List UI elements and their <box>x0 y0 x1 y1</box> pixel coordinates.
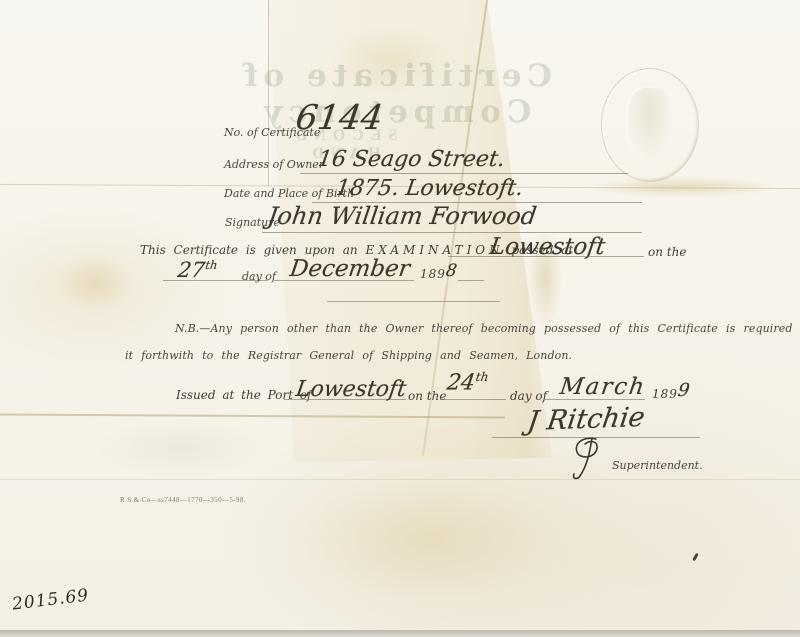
owner-signature-value: John William Forwood <box>266 202 538 230</box>
birth-value: 1875. Lowestoft. <box>334 176 525 201</box>
address-rule-line <box>300 173 628 174</box>
certificate-number-value: 6144 <box>293 98 385 138</box>
issued-month: March <box>558 374 648 400</box>
horizontal-crease-middle <box>0 413 505 418</box>
exam-day-of: day of <box>242 270 276 283</box>
issued-year-digit: 9 <box>677 380 691 401</box>
examination-text-before: This Certificate is given upon an <box>140 243 358 257</box>
seal-crown-emblem <box>626 87 672 159</box>
paper-stain <box>55 255 135 310</box>
issued-day-of: day of <box>510 389 547 403</box>
signature-rule-line <box>262 232 642 233</box>
document-paper: Certificate of Competency SECOND HAND No… <box>0 0 800 630</box>
exam-month: December <box>288 256 411 282</box>
address-value: 16 Seago Street. <box>316 147 506 172</box>
embossed-seal <box>601 68 699 182</box>
examination-word: EXAMINATION <box>365 243 503 257</box>
photograph-background: Certificate of Competency SECOND HAND No… <box>0 0 800 637</box>
issued-day: 24th <box>445 370 489 395</box>
superintendent-title: Superintendent. <box>612 459 703 472</box>
paper-stain <box>96 418 266 478</box>
separator-rule <box>327 301 500 302</box>
ink-speck <box>692 553 699 561</box>
exam-day: 27th <box>176 258 218 282</box>
examination-on-the: on the <box>648 245 686 259</box>
horizontal-crease-bottom <box>0 479 800 480</box>
paper-stain <box>300 480 560 600</box>
paper-stain <box>585 176 780 198</box>
exam-year-digit: 8 <box>445 261 459 281</box>
printer-imprint: R S & Co—ss7448—1770—350—5-98. <box>120 496 246 504</box>
address-label: Address of Owner <box>224 158 324 171</box>
superintendent-monogram-flourish <box>566 436 616 482</box>
paper-stain <box>330 25 450 95</box>
issued-day-rule <box>440 399 506 400</box>
issued-year-printed: 189 <box>652 387 678 401</box>
exam-year-rule <box>458 280 484 281</box>
issued-port: Lowestoft <box>294 377 408 402</box>
note-line-2: it forthwith to the Registrar General of… <box>125 349 572 362</box>
examination-place-rule <box>448 256 644 257</box>
exam-year-printed: 189 <box>420 267 446 281</box>
paper-bottom-edge <box>0 630 800 637</box>
archive-number: 2015.69 <box>11 585 90 614</box>
superintendent-signature: J Ritchie <box>525 402 646 437</box>
note-line-1: N.B.—Any person other than the Owner the… <box>175 322 800 335</box>
issued-on-the: on the <box>408 389 446 403</box>
